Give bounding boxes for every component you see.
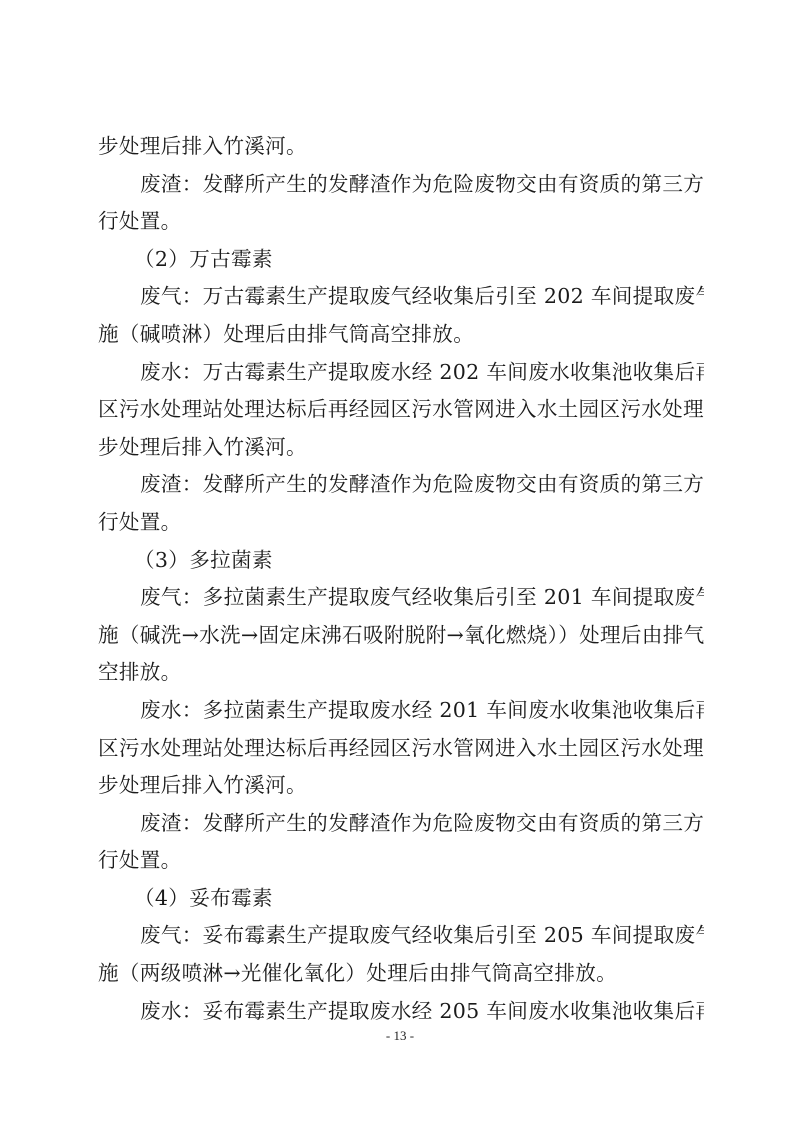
paragraph-line-waste-gas: 废气：多拉菌素生产提取废气经收集后引至 201 车间提取废气处理设 xyxy=(98,579,704,617)
paragraph-line-waste-gas: 废气：妥布霉素生产提取废气经收集后引至 205 车间提取废气处理设 xyxy=(98,917,704,955)
section-heading-doramectin: （3）多拉菌素 xyxy=(98,542,704,580)
paragraph-line: 施（两级喷淋→光催化氧化）处理后由排气筒高空排放。 xyxy=(98,955,704,993)
paragraph-line: 空排放。 xyxy=(98,654,704,692)
paragraph-line: 施（碱喷淋）处理后由排气筒高空排放。 xyxy=(98,316,704,354)
paragraph-line: 行处置。 xyxy=(98,842,704,880)
section-heading-tobramycin: （4）妥布霉素 xyxy=(98,880,704,918)
paragraph-line-waste-residue: 废渣：发酵所产生的发酵渣作为危险废物交由有资质的第三方公司进 xyxy=(98,166,704,204)
paragraph-line: 步处理后排入竹溪河。 xyxy=(98,429,704,467)
paragraph-line-waste-water: 废水：妥布霉素生产提取废水经 205 车间废水收集池收集后再泵入厂 xyxy=(98,993,704,1031)
paragraph-line: 步处理后排入竹溪河。 xyxy=(98,128,704,166)
page-number: - 13 - xyxy=(0,1028,800,1044)
document-body: 步处理后排入竹溪河。 废渣：发酵所产生的发酵渣作为危险废物交由有资质的第三方公司… xyxy=(98,128,704,1030)
paragraph-line: 行处置。 xyxy=(98,203,704,241)
paragraph-line: 区污水处理站处理达标后再经园区污水管网进入水土园区污水处理厂进一 xyxy=(98,391,704,429)
paragraph-line-waste-residue: 废渣：发酵所产生的发酵渣作为危险废物交由有资质的第三方公司进 xyxy=(98,466,704,504)
paragraph-line-waste-gas: 废气：万古霉素生产提取废气经收集后引至 202 车间提取废气处理设 xyxy=(98,278,704,316)
section-heading-vancomycin: （2）万古霉素 xyxy=(98,241,704,279)
paragraph-line: 行处置。 xyxy=(98,504,704,542)
paragraph-line: 施（碱洗→水洗→固定床沸石吸附脱附→氧化燃烧））处理后由排气筒高 xyxy=(98,617,704,655)
paragraph-line-waste-residue: 废渣：发酵所产生的发酵渣作为危险废物交由有资质的第三方公司进 xyxy=(98,805,704,843)
paragraph-line-waste-water: 废水：万古霉素生产提取废水经 202 车间废水收集池收集后再泵入厂 xyxy=(98,354,704,392)
paragraph-line: 区污水处理站处理达标后再经园区污水管网进入水土园区污水处理厂进一 xyxy=(98,730,704,768)
paragraph-line: 步处理后排入竹溪河。 xyxy=(98,767,704,805)
paragraph-line-waste-water: 废水：多拉菌素生产提取废水经 201 车间废水收集池收集后再泵入厂 xyxy=(98,692,704,730)
